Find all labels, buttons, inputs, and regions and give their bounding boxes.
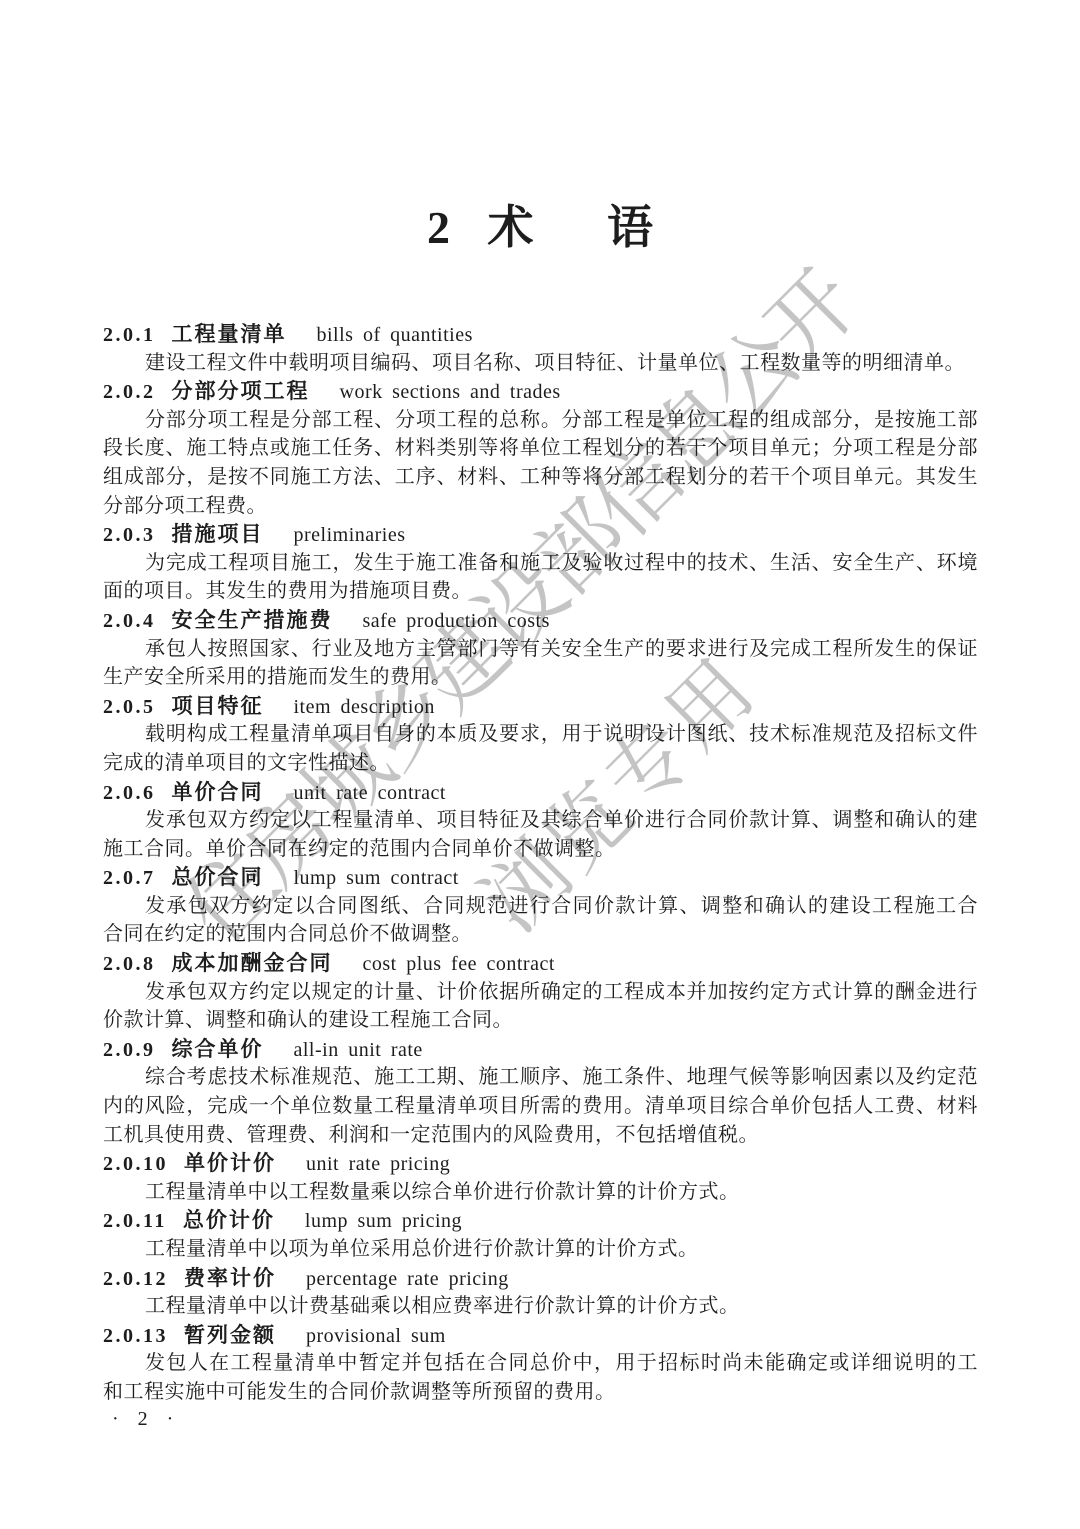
term-english: item description xyxy=(294,696,435,718)
chapter-number: 2 xyxy=(427,202,450,253)
definition-line: 完成的清单项目的文字性描述。 xyxy=(103,749,978,778)
definition-line: 施工合同。单价合同在约定的范围内合同单价不做调整。 xyxy=(103,835,978,864)
term-english: unit rate pricing xyxy=(306,1153,450,1175)
term-chinese: 单价合同 xyxy=(172,780,264,804)
term-chinese: 总价计价 xyxy=(183,1208,275,1232)
definition-line: 分部分项工程费。 xyxy=(103,492,978,521)
term-entry: 2.0.4安全生产措施费safe production costs承包人按照国家… xyxy=(103,606,978,692)
term-chinese: 费率计价 xyxy=(184,1266,276,1290)
terms-list: 2.0.1工程量清单bills of quantities建设工程文件中载明项目… xyxy=(103,320,978,1407)
term-heading: 2.0.11总价计价lump sum pricing xyxy=(103,1206,978,1235)
term-entry: 2.0.13暂列金额provisional sum发包人在工程量清单中暂定并包括… xyxy=(103,1321,978,1407)
term-entry: 2.0.2分部分项工程work sections and trades分部分项工… xyxy=(103,377,978,520)
term-number: 2.0.9 xyxy=(103,1039,156,1061)
chapter-title-char-2: 语 xyxy=(607,202,653,253)
term-heading: 2.0.10单价计价unit rate pricing xyxy=(103,1149,978,1178)
term-heading: 2.0.13暂列金额provisional sum xyxy=(103,1321,978,1350)
term-english: all-in unit rate xyxy=(294,1039,423,1061)
definition-line: 组成部分，是按不同施工方法、工序、材料、工种等将分部工程划分的若干个项目单元。其… xyxy=(103,463,978,492)
page-number: · 2 · xyxy=(112,1405,180,1433)
definition-line: 发承包双方约定以工程量清单、项目特征及其综合单价进行合同价款计算、调整和确认的建… xyxy=(103,806,978,835)
term-english: percentage rate pricing xyxy=(306,1268,509,1290)
term-english: preliminaries xyxy=(294,524,406,546)
term-entry: 2.0.3措施项目preliminaries为完成工程项目施工，发生于施工准备和… xyxy=(103,520,978,606)
term-chinese: 单价计价 xyxy=(184,1151,276,1175)
term-entry: 2.0.10单价计价unit rate pricing工程量清单中以工程数量乘以… xyxy=(103,1149,978,1206)
term-number: 2.0.7 xyxy=(103,867,156,889)
definition-line: 发承包双方约定以规定的计量、计价依据所确定的工程成本并加按约定方式计算的酬金进行… xyxy=(103,978,978,1007)
definition-line: 建设工程文件中载明项目编码、项目名称、项目特征、计量单位、工程数量等的明细清单。 xyxy=(103,349,978,378)
term-number: 2.0.5 xyxy=(103,696,156,718)
term-chinese: 综合单价 xyxy=(172,1037,264,1061)
term-heading: 2.0.4安全生产措施费safe production costs xyxy=(103,606,978,635)
term-chinese: 安全生产措施费 xyxy=(172,608,333,632)
term-number: 2.0.2 xyxy=(103,381,156,403)
document-page: 住房城乡建设部信息公开 浏览专用 2 术 语 2.0.1工程量清单bills o… xyxy=(0,0,1080,1529)
definition-line: 价款计算、调整和确认的建设工程施工合同。 xyxy=(103,1006,978,1035)
term-entry: 2.0.9综合单价all-in unit rate综合考虑技术标准规范、施工工期… xyxy=(103,1035,978,1149)
definition-line: 载明构成工程量清单项目自身的本质及要求，用于说明设计图纸、技术标准规范及招标文件… xyxy=(103,720,978,749)
term-number: 2.0.10 xyxy=(103,1153,168,1175)
term-heading: 2.0.9综合单价all-in unit rate xyxy=(103,1035,978,1064)
term-entry: 2.0.6单价合同unit rate contract发承包双方约定以工程量清单… xyxy=(103,778,978,864)
term-heading: 2.0.7总价合同lump sum contract xyxy=(103,863,978,892)
definition-line: 面的项目。其发生的费用为措施项目费。 xyxy=(103,577,978,606)
term-heading: 2.0.3措施项目preliminaries xyxy=(103,520,978,549)
term-entry: 2.0.11总价计价lump sum pricing工程量清单中以项为单位采用总… xyxy=(103,1206,978,1263)
definition-line: 合同在约定的范围内合同总价不做调整。 xyxy=(103,920,978,949)
definition-line: 段长度、施工特点或施工任务、材料类别等将单位工程划分的若干个项目单元；分项工程是… xyxy=(103,434,978,463)
term-entry: 2.0.5项目特征item description载明构成工程量清单项目自身的本… xyxy=(103,692,978,778)
term-english: work sections and trades xyxy=(340,381,561,403)
term-chinese: 暂列金额 xyxy=(184,1323,276,1347)
term-heading: 2.0.1工程量清单bills of quantities xyxy=(103,320,978,349)
chapter-title-char-1: 术 xyxy=(488,202,534,253)
term-chinese: 措施项目 xyxy=(172,522,264,546)
term-number: 2.0.6 xyxy=(103,782,156,804)
definition-line: 生产安全所采用的措施而发生的费用。 xyxy=(103,663,978,692)
term-number: 2.0.1 xyxy=(103,324,156,346)
term-chinese: 项目特征 xyxy=(172,694,264,718)
term-number: 2.0.12 xyxy=(103,1268,168,1290)
term-chinese: 工程量清单 xyxy=(172,322,287,346)
term-heading: 2.0.8成本加酬金合同cost plus fee contract xyxy=(103,949,978,978)
term-english: safe production costs xyxy=(363,610,550,632)
definition-line: 发包人在工程量清单中暂定并包括在合同总价中，用于招标时尚未能确定或详细说明的工程… xyxy=(103,1349,978,1378)
definition-line: 发承包双方约定以合同图纸、合同规范进行合同价款计算、调整和确认的建设工程施工合同… xyxy=(103,892,978,921)
term-number: 2.0.8 xyxy=(103,953,156,975)
term-english: lump sum contract xyxy=(294,867,459,889)
definition-line: 为完成工程项目施工，发生于施工准备和施工及验收过程中的技术、生活、安全生产、环境… xyxy=(103,549,978,578)
term-number: 2.0.13 xyxy=(103,1325,168,1347)
definition-line: 工程量清单中以计费基础乘以相应费率进行价款计算的计价方式。 xyxy=(103,1292,978,1321)
term-entry: 2.0.7总价合同lump sum contract发承包双方约定以合同图纸、合… xyxy=(103,863,978,949)
term-entry: 2.0.8成本加酬金合同cost plus fee contract发承包双方约… xyxy=(103,949,978,1035)
definition-line: 内的风险，完成一个单位数量工程量清单项目所需的费用。清单项目综合单价包括人工费、… xyxy=(103,1092,978,1121)
term-heading: 2.0.2分部分项工程work sections and trades xyxy=(103,377,978,406)
definition-line: 分部分项工程是分部工程、分项工程的总称。分部工程是单位工程的组成部分，是按施工部… xyxy=(103,406,978,435)
term-entry: 2.0.1工程量清单bills of quantities建设工程文件中载明项目… xyxy=(103,320,978,377)
term-english: lump sum pricing xyxy=(305,1210,462,1232)
term-entry: 2.0.12费率计价percentage rate pricing工程量清单中以… xyxy=(103,1264,978,1321)
term-english: bills of quantities xyxy=(317,324,473,346)
definition-line: 承包人按照国家、行业及地方主管部门等有关安全生产的要求进行及完成工程所发生的保证… xyxy=(103,635,978,664)
definition-line: 工机具使用费、管理费、利润和一定范围内的风险费用，不包括增值税。 xyxy=(103,1121,978,1150)
term-heading: 2.0.12费率计价percentage rate pricing xyxy=(103,1264,978,1293)
term-chinese: 总价合同 xyxy=(172,865,264,889)
definition-line: 工程量清单中以项为单位采用总价进行价款计算的计价方式。 xyxy=(103,1235,978,1264)
definition-line: 综合考虑技术标准规范、施工工期、施工顺序、施工条件、地理气候等影响因素以及约定范… xyxy=(103,1063,978,1092)
term-english: cost plus fee contract xyxy=(363,953,555,975)
term-chinese: 成本加酬金合同 xyxy=(172,951,333,975)
term-chinese: 分部分项工程 xyxy=(172,379,310,403)
chapter-title: 2 术 语 xyxy=(0,203,1080,254)
term-number: 2.0.4 xyxy=(103,610,156,632)
term-number: 2.0.3 xyxy=(103,524,156,546)
definition-line: 工程量清单中以工程数量乘以综合单价进行价款计算的计价方式。 xyxy=(103,1178,978,1207)
term-heading: 2.0.5项目特征item description xyxy=(103,692,978,721)
definition-line: 和工程实施中可能发生的合同价款调整等所预留的费用。 xyxy=(103,1378,978,1407)
term-number: 2.0.11 xyxy=(103,1210,167,1232)
term-heading: 2.0.6单价合同unit rate contract xyxy=(103,778,978,807)
term-english: provisional sum xyxy=(306,1325,446,1347)
term-english: unit rate contract xyxy=(294,782,447,804)
